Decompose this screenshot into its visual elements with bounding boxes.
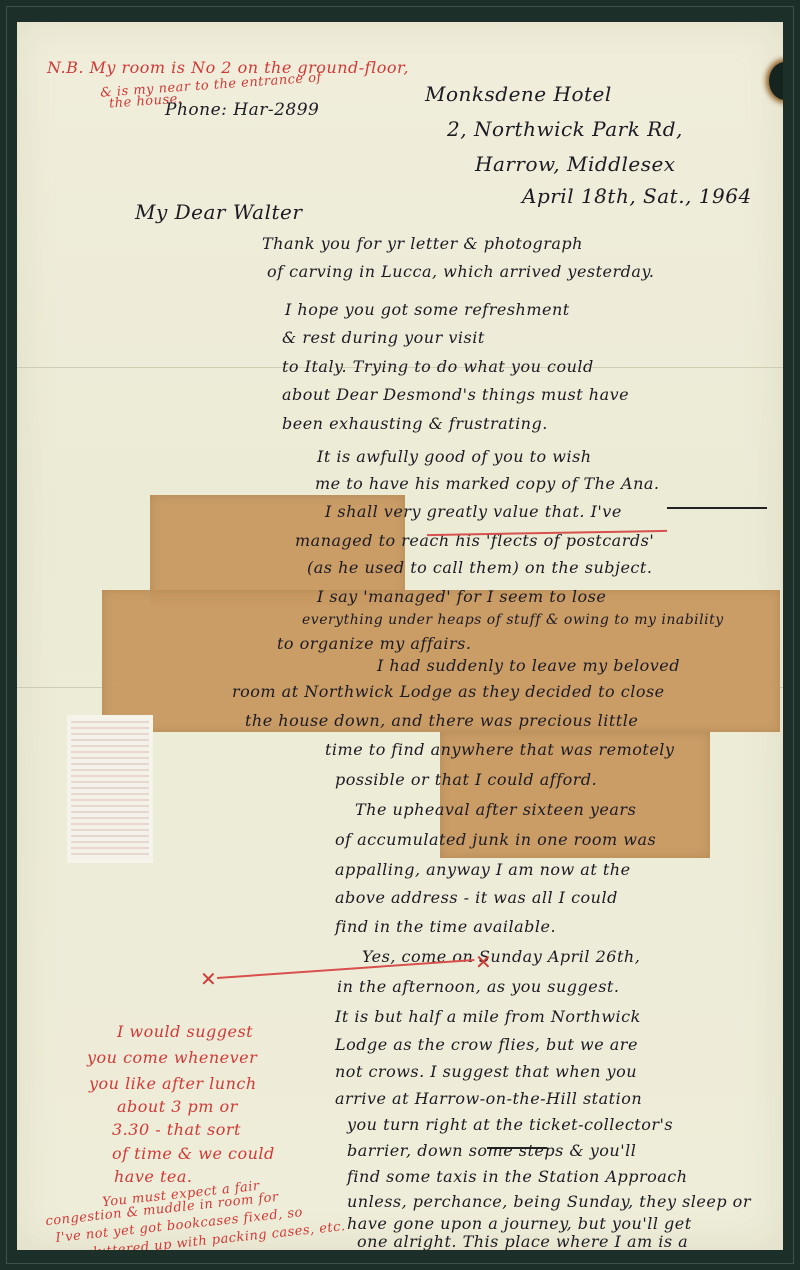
body-line: & rest during your visit xyxy=(282,328,485,347)
salutation: My Dear Walter xyxy=(135,200,302,224)
x-mark: ✕ xyxy=(475,950,492,974)
body-line: find in the time available. xyxy=(335,917,556,936)
body-line: of accumulated junk in one room was xyxy=(335,830,656,849)
body-line: been exhausting & frustrating. xyxy=(282,414,548,433)
burn-hole xyxy=(769,62,783,100)
paper-repair-patch xyxy=(67,715,153,863)
body-line: I had suddenly to leave my beloved xyxy=(377,656,680,675)
body-line: of carving in Lucca, which arrived yeste… xyxy=(267,262,654,281)
body-line: room at Northwick Lodge as they decided … xyxy=(232,682,665,701)
body-line: everything under heaps of stuff & owing … xyxy=(302,612,724,628)
nb-note-line: N.B. My room is No 2 on the ground-floor… xyxy=(47,58,409,77)
body-line: I hope you got some refreshment xyxy=(285,300,570,319)
body-line: The upheaval after sixteen years xyxy=(355,800,636,819)
body-line: about Dear Desmond's things must have xyxy=(282,385,629,404)
body-line: I shall very greatly value that. I've xyxy=(325,502,622,521)
margin-note-line: you like after lunch xyxy=(89,1074,257,1093)
address-line: Monksdene Hotel xyxy=(425,82,612,106)
phone-number: Phone: Har-2899 xyxy=(165,100,319,120)
body-line: have gone upon a journey, but you'll get xyxy=(347,1214,692,1233)
margin-note-line: 3.30 - that sort xyxy=(112,1120,241,1139)
body-line: one alright. This place where I am is a xyxy=(357,1232,688,1250)
body-line: me to have his marked copy of The Ana. xyxy=(315,474,660,493)
body-line: arrive at Harrow-on-the-Hill station xyxy=(335,1089,642,1108)
body-line: It is but half a mile from Northwick xyxy=(335,1007,641,1026)
body-line: above address - it was all I could xyxy=(335,888,618,907)
margin-note-line: about 3 pm or xyxy=(117,1097,238,1116)
letter-page: N.B. My room is No 2 on the ground-floor… xyxy=(17,22,783,1250)
body-line: barrier, down some steps & you'll xyxy=(347,1141,636,1160)
body-line: find some taxis in the Station Approach xyxy=(347,1167,688,1186)
margin-note-line: of time & we could xyxy=(112,1144,275,1163)
body-line: appalling, anyway I am now at the xyxy=(335,860,631,879)
body-line: Thank you for yr letter & photograph xyxy=(262,234,583,253)
letter-date: April 18th, Sat., 1964 xyxy=(522,184,752,208)
body-line: not crows. I suggest that when you xyxy=(335,1062,637,1081)
underline xyxy=(667,507,767,509)
body-line: possible or that I could afford. xyxy=(335,770,597,789)
margin-note-line: you come whenever xyxy=(87,1048,257,1067)
body-line: unless, perchance, being Sunday, they sl… xyxy=(347,1192,751,1211)
body-line: you turn right at the ticket-collector's xyxy=(347,1115,673,1134)
body-line: the house down, and there was precious l… xyxy=(245,711,638,730)
margin-note-line: I would suggest xyxy=(117,1022,253,1041)
red-connector-line xyxy=(217,959,475,979)
body-line: Lodge as the crow flies, but we are xyxy=(335,1035,638,1054)
body-line: It is awfully good of you to wish xyxy=(317,447,592,466)
body-line: time to find anywhere that was remotely xyxy=(325,740,674,759)
body-line: (as he used to call them) on the subject… xyxy=(307,558,652,577)
body-line: in the afternoon, as you suggest. xyxy=(337,977,619,996)
body-line: to Italy. Trying to do what you could xyxy=(282,357,594,376)
x-mark: ✕ xyxy=(200,967,217,991)
margin-note-line: have tea. xyxy=(114,1167,192,1186)
address-line: Harrow, Middlesex xyxy=(475,152,676,176)
body-line: to organize my affairs. xyxy=(277,634,471,653)
address-line: 2, Northwick Park Rd, xyxy=(447,117,683,141)
underline xyxy=(487,1147,547,1149)
body-line: I say 'managed' for I seem to lose xyxy=(317,587,606,606)
